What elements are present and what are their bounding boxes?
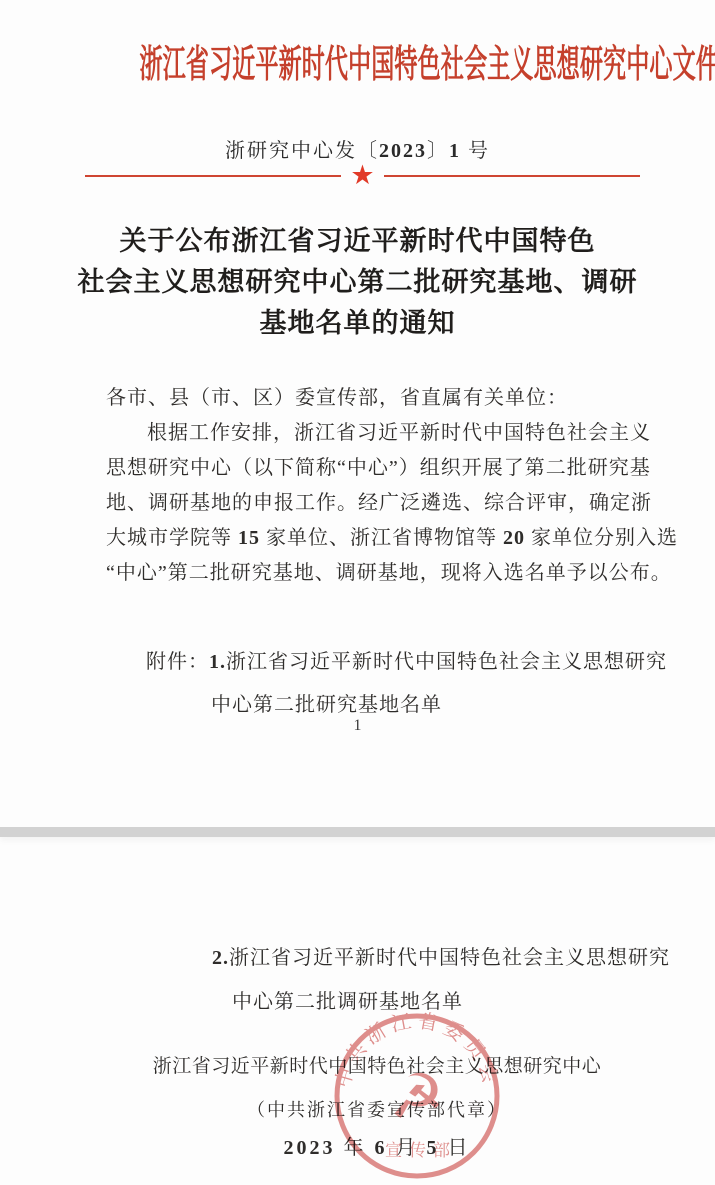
attachment-label: 附件： (146, 651, 209, 673)
document-title: 关于公布浙江省习近平新时代中国特色 社会主义思想研究中心第二批研究基地、调研 基… (0, 221, 715, 344)
star-icon: ★ (350, 162, 374, 189)
document-title-line: 关于公布浙江省习近平新时代中国特色 (0, 221, 715, 262)
attachment-1-line-2: 中心第二批研究基地名单 (211, 688, 442, 717)
salutation-line: 各市、县（市、区）委宣传部，省直属有关单位： (106, 381, 651, 416)
document-title-line: 社会主义思想研究中心第二批研究基地、调研 (0, 262, 715, 303)
document-body: 各市、县（市、区）委宣传部，省直属有关单位： 根据工作安排，浙江省习近平新时代中… (106, 381, 651, 591)
attachment-2-text: 浙江省习近平新时代中国特色社会主义思想研究 (229, 947, 670, 969)
body-line: 根据工作安排，浙江省习近平新时代中国特色社会主义 (106, 416, 651, 451)
attachment-2-number: 2. (212, 947, 229, 969)
page-number: 1 (0, 717, 715, 735)
body-line: “中心”第二批研究基地、调研基地，现将入选名单予以公布。 (106, 556, 651, 591)
seal-arc-text: 中共浙江省委员会 (331, 1009, 503, 1090)
body-line: 大城市学院等 15 家单位、浙江省博物馆等 20 家单位分别入选 (106, 521, 651, 556)
seal-on-behalf-note: （中共浙江省委宣传部代章） (39, 1096, 715, 1122)
seal-arc-textpath: 中共浙江省委员会 (331, 1009, 503, 1090)
rule-line-left (85, 175, 341, 177)
attachment-2-line-1: 2.浙江省习近平新时代中国特色社会主义思想研究 (212, 941, 670, 970)
document-title-line: 基地名单的通知 (0, 303, 715, 344)
body-line: 地、调研基地的申报工作。经广泛遴选、综合评审，确定浙 (106, 486, 651, 521)
attachment-1-number: 1. (209, 651, 226, 673)
red-rule-divider: ★ (85, 163, 640, 189)
body-line: 思想研究中心（以下简称“中心”）组织开展了第二批研究基 (106, 451, 651, 486)
issue-date: 2023 年 6 月 5 日 (39, 1131, 715, 1160)
attachment-1-line-1: 附件：1.浙江省习近平新时代中国特色社会主义思想研究 (146, 645, 667, 674)
document-page: 浙江省习近平新时代中国特色社会主义思想研究中心文件 浙研究中心发〔2023〕1 … (0, 0, 715, 1185)
issuing-authority: 浙江省习近平新时代中国特色社会主义思想研究中心 (39, 1051, 715, 1078)
page-break-divider (0, 827, 715, 837)
red-letterhead-title: 浙江省习近平新时代中国特色社会主义思想研究中心文件 (139, 33, 575, 88)
attachment-2-line-2: 中心第二批调研基地名单 (232, 985, 463, 1014)
attachment-1-text: 浙江省习近平新时代中国特色社会主义思想研究 (226, 651, 667, 673)
rule-line-right (384, 175, 640, 177)
